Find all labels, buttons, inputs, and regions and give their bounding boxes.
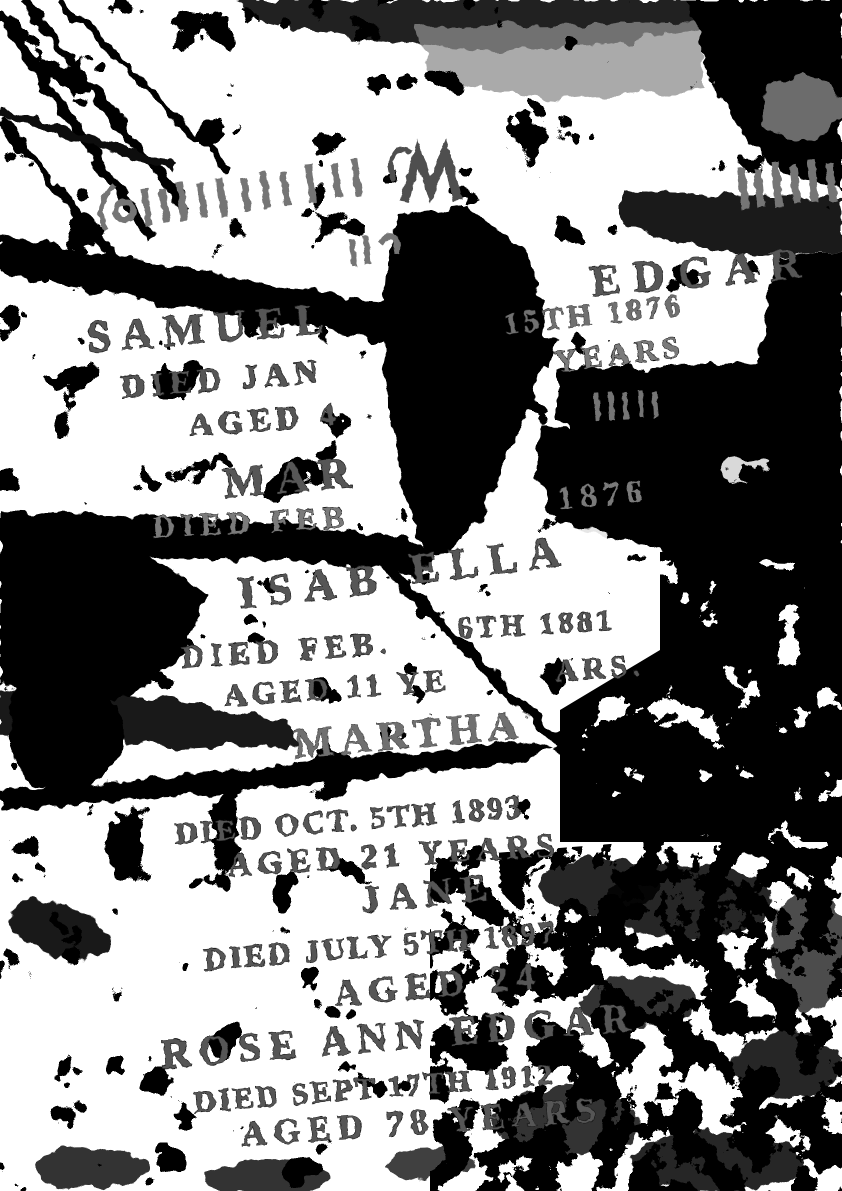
dark-blob [606, 864, 774, 940]
dark-blob [734, 1034, 842, 1098]
dark-blob [630, 1132, 802, 1191]
dark-blob [35, 1148, 145, 1188]
gravestone-photograph: SAMUEL EDGAR DIED JAN 15TH 1876 AGED 4 Y… [0, 0, 842, 1191]
photo-canvas: SAMUEL EDGAR DIED JAN 15TH 1876 AGED 4 Y… [0, 0, 842, 1191]
dark-blob [385, 1148, 475, 1180]
